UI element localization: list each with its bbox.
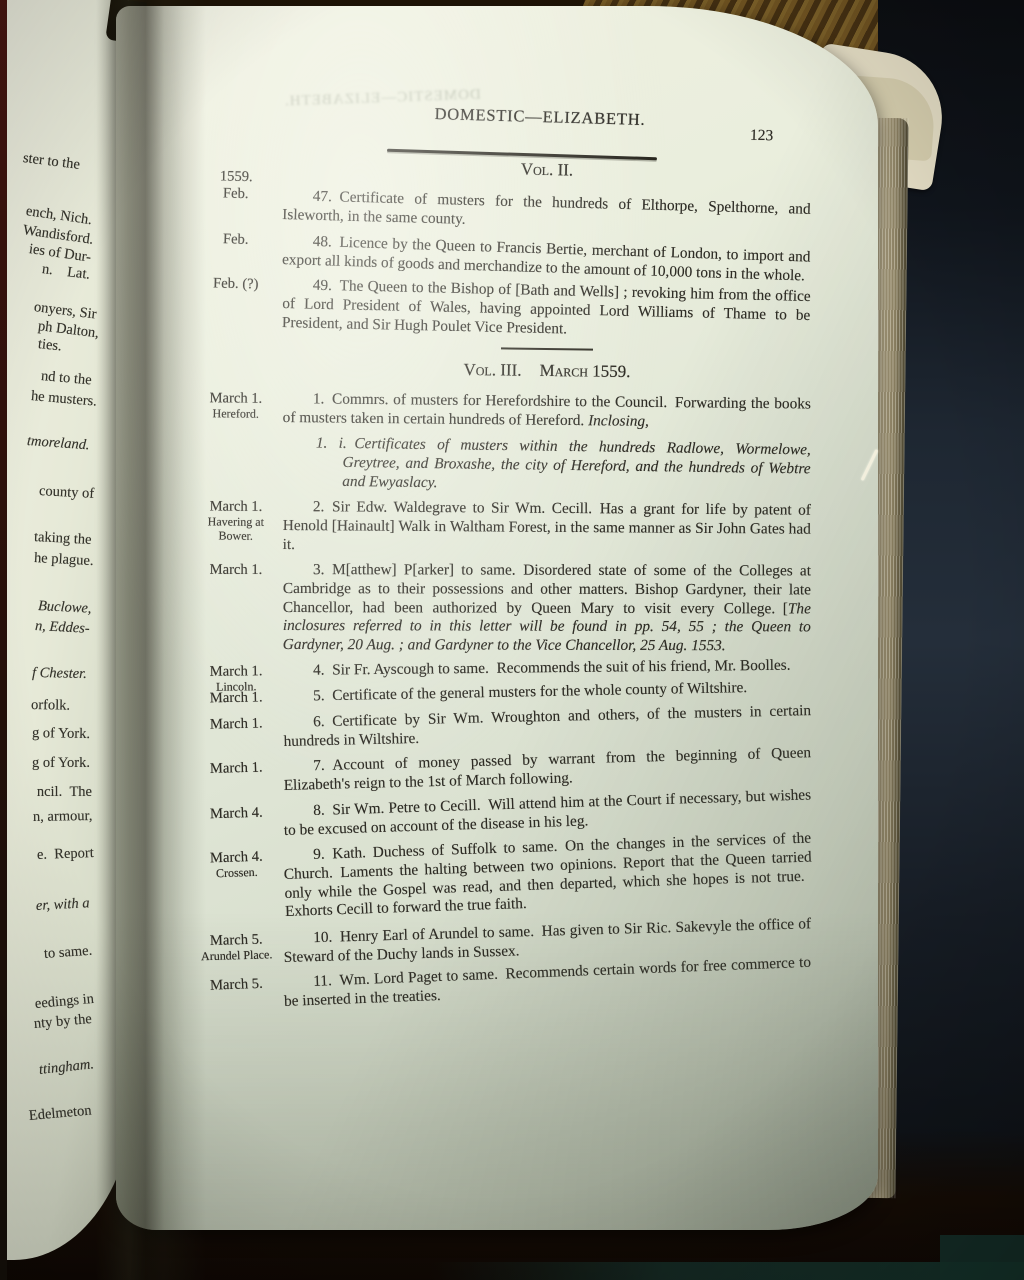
entry-body: 49. The Queen to the Bishop of [Bath and… <box>282 276 811 344</box>
entry-number: 8. <box>313 801 333 819</box>
margin-date: Feb. (?) <box>195 275 277 294</box>
entry-number: 7. <box>313 757 333 774</box>
calendar-entry: Feb. (?)49. The Queen to the Bishop of [… <box>282 276 811 344</box>
entry-body: 2. Sir Edw. Waldegrave to Sir Wm. Cecill… <box>283 498 811 558</box>
left-page-fragment: g of York. <box>32 725 90 743</box>
book-photo-scene: ster to theench, Nich.Wandisford.ies of … <box>0 0 1024 1280</box>
margin-note: March 1.Havering atBower. <box>195 498 277 543</box>
entry-text-run: The Queen to the Bishop of [Bath and Wel… <box>282 277 811 337</box>
entry-number: 11. <box>313 972 340 990</box>
margin-note: Feb. <box>194 230 276 250</box>
left-page-fragment: Buclowe, <box>38 598 92 618</box>
margin-note: March 1. <box>195 715 277 734</box>
entry-body: 9. Kath. Duchess of Suffolk to same. On … <box>283 830 813 923</box>
left-page-fragment: n, armour, <box>32 808 92 826</box>
margin-place: Havering at <box>195 515 277 529</box>
left-page-fragment: he plague. <box>34 550 94 570</box>
left-page-fragment: e. Report <box>37 845 94 864</box>
margin-note: March 1. <box>195 562 277 579</box>
entry-number: 9. <box>313 846 333 864</box>
margin-date: March 1. <box>195 498 277 516</box>
entry-text-run: Inclosing, <box>588 412 649 430</box>
margin-note: Feb. (?) <box>195 275 277 294</box>
left-page-fragment: he musters. <box>30 388 97 411</box>
calendar-entry: March 1.6. Certificate by Sir Wm. Wrough… <box>283 702 812 752</box>
entry-text-run: Kath. Duchess of Suffolk to same. On the… <box>284 830 813 921</box>
right-page: DOMESTIC—ELIZABETH. DOMESTIC—ELIZABETH. … <box>116 6 878 1230</box>
left-page-fragment: ncil. The <box>37 784 92 801</box>
margin-note: March 4.Crossen. <box>195 849 278 882</box>
left-page-fragment: f Chester. <box>32 665 87 683</box>
calendar-subentry: 1. i. Certificates of musters within the… <box>282 434 811 498</box>
calendar-entry: March 1.Havering atBower.2. Sir Edw. Wal… <box>283 498 811 558</box>
left-page-fragment: er, with a <box>36 895 90 915</box>
margin-note: 1559.Feb. <box>195 168 278 204</box>
entry-number: 3. <box>313 561 332 578</box>
margin-place: Bower. <box>195 528 277 542</box>
margin-note: March 1. <box>195 759 277 778</box>
vol3-heading: Vol. III.March 1559. <box>283 357 811 383</box>
left-page-fragment: orfolk. <box>31 697 70 715</box>
entry-body: 47. Certificate of musters for the hundr… <box>282 187 811 238</box>
entry-text-run: Sir Edw. Waldegrave to Sir Wm. Cecill. H… <box>283 498 811 552</box>
book-cover-edge <box>0 0 7 1280</box>
margin-date: Feb. <box>195 185 277 204</box>
entry-text-run: Certificate by Sir Wm. Wroughton and oth… <box>283 702 811 750</box>
entry-number: 1. i. <box>316 435 355 453</box>
margin-note: March 5.Arundel Place. <box>195 931 278 964</box>
margin-date: March 1. <box>195 689 277 708</box>
page-number: 123 <box>750 127 774 146</box>
entry-body: 5. Certificate of the general musters fo… <box>283 678 811 707</box>
left-page-fragment: to same. <box>43 943 92 963</box>
vol2-heading: Vol. II. <box>283 154 811 185</box>
margin-date: March 1. <box>195 663 277 681</box>
margin-place: Hereford. <box>195 407 277 421</box>
entry-number: 4. <box>313 661 332 678</box>
vol3-heading-label: Vol. III. <box>463 360 521 380</box>
entry-number: 47. <box>313 188 340 206</box>
entry-text-run: Sir Wm. Petre to Cecill. Will attend him… <box>284 786 812 838</box>
margin-date: March 5. <box>195 975 278 995</box>
margin-place: Crossen. <box>196 866 278 882</box>
entry-body: 1. Commrs. of musters for Herefordshire … <box>283 390 811 433</box>
entry-text-run: Certificate of musters for the hundreds … <box>282 188 811 227</box>
entry-number: 49. <box>313 277 340 295</box>
entry-text-run: Licence by the Queen to Francis Bertie, … <box>282 233 811 283</box>
entry-number: 5. <box>313 687 332 704</box>
margin-date: March 1. <box>195 390 277 408</box>
entry-number: 1. <box>313 390 332 407</box>
calendar-entry: March 1.3. M[atthew] P[arker] to same. D… <box>283 561 811 656</box>
entry-number: 2. <box>313 498 332 515</box>
entry-body: 1. i. Certificates of musters within the… <box>342 435 811 498</box>
left-page-fragment: taking the <box>34 529 92 549</box>
margin-date: March 4. <box>195 804 277 824</box>
calendar-entry: March 4.Crossen.9. Kath. Duchess of Suff… <box>283 830 813 923</box>
entry-text-run: Commrs. of musters for Herefordshire to … <box>283 390 811 428</box>
margin-date: March 1. <box>195 562 277 579</box>
entry-body: 3. M[atthew] P[arker] to same. Disordere… <box>283 561 811 656</box>
entry-text-run: Certificate of the general musters for t… <box>332 679 747 704</box>
margin-note: March 5. <box>195 975 278 995</box>
left-page-fragment: eedings in <box>34 991 94 1013</box>
left-page-fragment: county of <box>38 483 94 503</box>
margin-date: March 1. <box>195 759 277 778</box>
left-page-fragment: Edelmeton <box>28 1103 92 1125</box>
section-rule <box>501 347 593 350</box>
calendar-entry: 1559.Feb.47. Certificate of musters for … <box>282 187 811 238</box>
entry-text-run: M[atthew] P[arker] to same. Disordered s… <box>283 561 811 617</box>
margin-note: March 1.Hereford. <box>195 390 277 421</box>
left-page-fragment: ties. <box>37 336 62 355</box>
calendar-entry: March 1.Lincoln.4. Sir Fr. Ayscough to s… <box>283 656 811 680</box>
entry-number: 48. <box>312 233 339 251</box>
entry-body: 4. Sir Fr. Ayscough to same. Recommends … <box>283 656 811 680</box>
left-page-fragment: nty by the <box>33 1011 92 1033</box>
vol3-entry-list: March 1.Hereford.1. Commrs. of musters f… <box>283 390 811 1012</box>
margin-note: March 1. <box>195 689 277 708</box>
entry-number: 6. <box>313 712 333 729</box>
entry-text-run: Sir Fr. Ayscough to same. Recommends the… <box>332 657 790 679</box>
entry-number: 10. <box>313 928 340 946</box>
calendar-entry: March 1.Hereford.1. Commrs. of musters f… <box>283 390 811 433</box>
entry-body: 6. Certificate by Sir Wm. Wroughton and … <box>283 702 812 752</box>
left-page-fragment: g of York. <box>32 755 90 772</box>
calendar-entry: March 1.5. Certificate of the general mu… <box>283 678 811 707</box>
margin-date: Feb. <box>194 230 276 250</box>
left-page-fragment: tmoreland. <box>27 433 91 454</box>
left-page: ster to theench, Nich.Wandisford.ies of … <box>0 0 134 1260</box>
entry-text-run: Certificates of musters within the hundr… <box>342 435 811 491</box>
margin-note: March 4. <box>195 804 277 824</box>
calendar-content-column: Vol. II. 1559.Feb.47. Certificate of mus… <box>283 160 811 1019</box>
left-page-fragment: nd to the <box>41 368 93 389</box>
vol3-heading-date: March 1559. <box>539 360 630 380</box>
vol2-entry-list: 1559.Feb.47. Certificate of musters for … <box>283 187 811 333</box>
left-page-fragment: ttingham. <box>38 1056 95 1079</box>
margin-date: 1559. <box>195 168 277 187</box>
left-page-fragment: n, Eddes- <box>35 618 91 638</box>
margin-place: Arundel Place. <box>196 948 278 964</box>
margin-date: March 1. <box>195 715 277 734</box>
teal-object-edge <box>430 1262 1024 1280</box>
entry-text-run: Account of money passed by warrant from … <box>283 744 811 794</box>
left-page-fragment: ster to the <box>22 150 81 174</box>
